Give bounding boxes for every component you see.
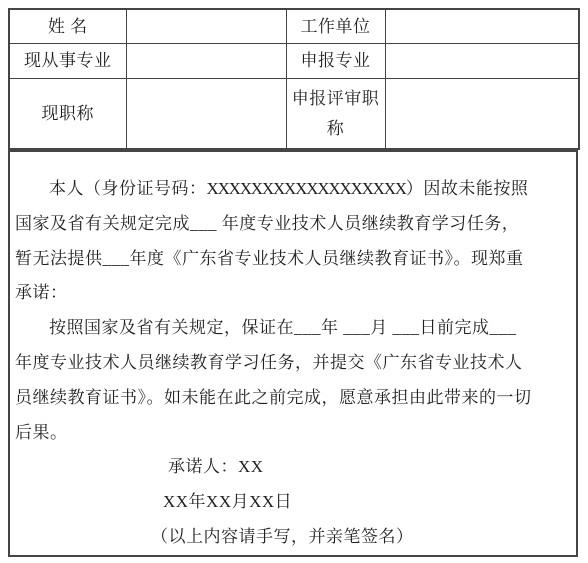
current-title-label: 现职称 bbox=[9, 79, 126, 150]
declared-review-title-label: 申报评审职称 bbox=[286, 79, 385, 150]
declared-profession-value-cell[interactable] bbox=[385, 44, 579, 79]
table-row: 姓 名 工作单位 bbox=[9, 9, 579, 44]
current-profession-value-cell[interactable] bbox=[126, 44, 286, 79]
work-unit-label: 工作单位 bbox=[286, 9, 385, 44]
handwriting-note: （以上内容请手写，并亲笔签名） bbox=[15, 520, 536, 555]
commitment-form-page: 姓 名 工作单位 现从事专业 申报专业 现职称 申报评审职称 本人（身份证号码：… bbox=[0, 0, 588, 563]
declared-review-title-value-cell[interactable] bbox=[385, 79, 579, 150]
name-label: 姓 名 bbox=[9, 9, 126, 44]
statement-paragraph-2: 按照国家及省有关规定，保证在___年 ___月 ___日前完成___ 年度专业技… bbox=[15, 311, 536, 450]
current-title-value-cell[interactable] bbox=[126, 79, 286, 150]
applicant-info-table: 姓 名 工作单位 现从事专业 申报专业 现职称 申报评审职称 bbox=[8, 8, 580, 150]
statement-paragraph-1: 本人（身份证号码：XXXXXXXXXXXXXXXXXX）因故未能按照国家及省有关… bbox=[15, 172, 536, 311]
declared-profession-label: 申报专业 bbox=[286, 44, 385, 79]
table-row: 现从事专业 申报专业 bbox=[9, 44, 579, 79]
name-value-cell[interactable] bbox=[126, 9, 286, 44]
commitment-statement-box: 本人（身份证号码：XXXXXXXXXXXXXXXXXX）因故未能按照国家及省有关… bbox=[8, 150, 578, 557]
id-number-placeholder: XXXXXXXXXXXXXXXXXX bbox=[207, 179, 406, 198]
signer-line: 承诺人：XX bbox=[15, 450, 536, 485]
work-unit-value-cell[interactable] bbox=[385, 9, 579, 44]
table-row: 现职称 申报评审职称 bbox=[9, 79, 579, 150]
date-line: XX年XX月XX日 bbox=[15, 485, 536, 520]
current-profession-label: 现从事专业 bbox=[9, 44, 126, 79]
paragraph1-prefix: 本人（身份证号码： bbox=[49, 179, 207, 198]
